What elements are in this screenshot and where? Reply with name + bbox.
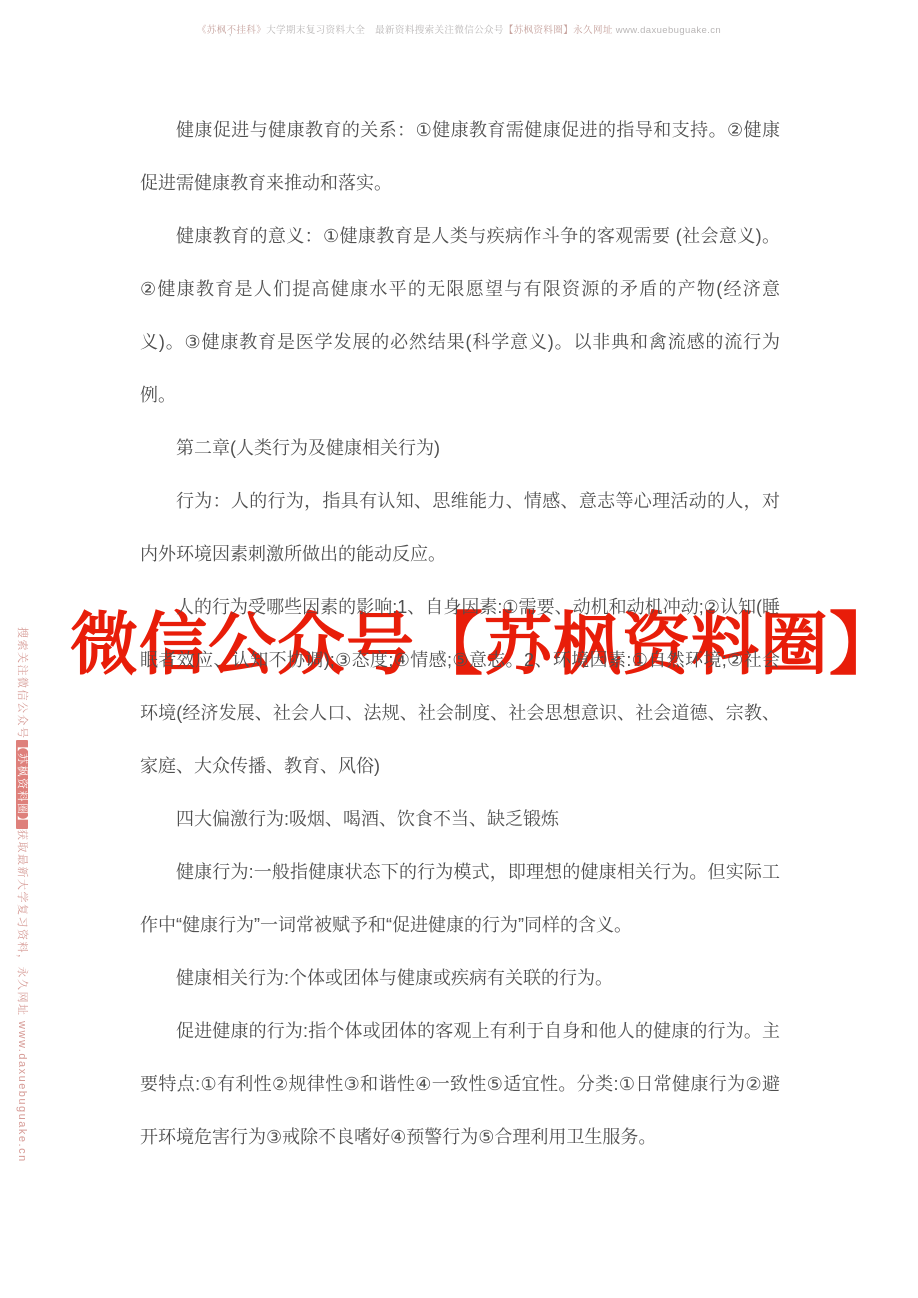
vertical-watermark-suffix: 获取最新大学复习资料，永久网址 www.daxuebuguake.cn [16, 829, 28, 1163]
paragraph: 健康相关行为:个体或团体与健康或疾病有关联的行为。 [140, 952, 780, 1005]
document-header: 《苏枫不挂科》大学期末复习资料大全 最新资料搜索关注微信公众号【苏枫资料圈】永久… [0, 22, 918, 36]
paragraph: 健康教育的意义：①健康教育是人类与疾病作斗争的客观需要 (社会意义)。②健康教育… [140, 210, 780, 422]
page: { "colors": { "body_text": "#4f4f4f", "h… [0, 0, 918, 1298]
paragraph: 第二章(人类行为及健康相关行为) [140, 422, 780, 475]
paragraph: 人的行为受哪些因素的影响:1、自身因素:①需要、动机和动机冲动;②认知(睡眠者效… [140, 581, 780, 793]
header-segment: www.daxuebuguake.cn [616, 25, 721, 36]
paragraph: 行为：人的行为，指具有认知、思维能力、情感、意志等心理活动的人，对内外环境因素刺… [140, 475, 780, 581]
paragraph: 促进健康的行为:指个体或团体的客观上有利于自身和他人的健康的行为。主要特点:①有… [140, 1005, 780, 1164]
paragraph: 健康促进与健康教育的关系：①健康教育需健康促进的指导和支持。②健康促进需健康教育… [140, 104, 780, 210]
document-body: 健康促进与健康教育的关系：①健康教育需健康促进的指导和支持。②健康促进需健康教育… [140, 104, 780, 1164]
header-segment: 大学期末复习资料大全 最新资料搜索关注微信公众号 [266, 25, 504, 36]
paragraph: 健康行为:一般指健康状态下的行为模式，即理想的健康相关行为。但实际工作中“健康行… [140, 846, 780, 952]
vertical-watermark: 搜索关注微信公众号【苏枫资料圈】获取最新大学复习资料，永久网址 www.daxu… [15, 627, 31, 1163]
header-segment: 【苏枫资料圈】 [504, 25, 573, 36]
vertical-watermark-prefix: 搜索关注微信公众号 [16, 627, 28, 740]
header-stray-mark: ’ [229, 33, 231, 44]
header-segment: 永久网址 [573, 25, 616, 36]
paragraph: 四大偏激行为:吸烟、喝酒、饮食不当、缺乏锻炼 [140, 793, 780, 846]
vertical-watermark-highlight: 【苏枫资料圈】 [16, 740, 28, 830]
header-segment: 《苏枫不挂科》 [197, 25, 266, 36]
